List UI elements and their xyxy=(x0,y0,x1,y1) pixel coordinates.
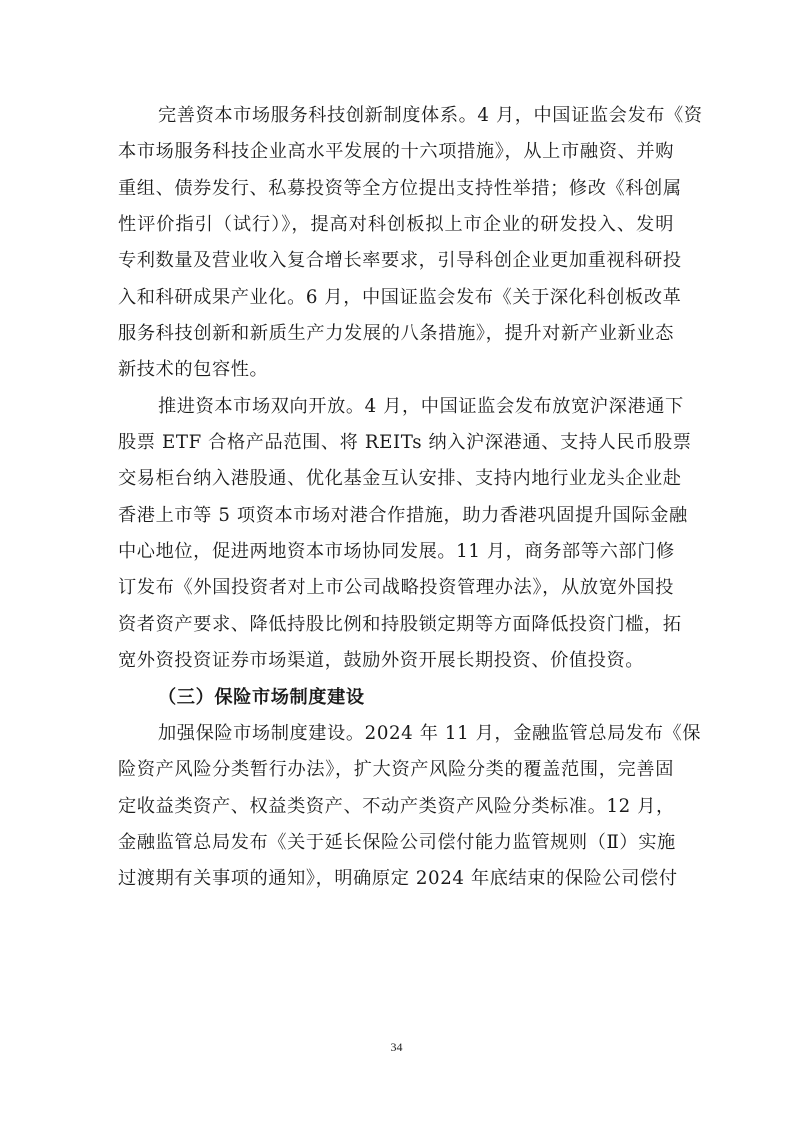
section-heading: （三）保险市场制度建设 xyxy=(118,680,674,716)
paragraph-line: 完善资本市场服务科技创新制度体系。4 月，中国证监会发布《资 xyxy=(118,98,674,134)
page-number: 34 xyxy=(0,1040,793,1055)
paragraph-line: 险资产风险分类暂行办法》，扩大资产风险分类的覆盖范围，完善固 xyxy=(118,752,674,788)
paragraph-line: 订发布《外国投资者对上市公司战略投资管理办法》，从放宽外国投 xyxy=(118,570,674,606)
paragraph-line: 加强保险市场制度建设。2024 年 11 月，金融监管总局发布《保 xyxy=(118,716,674,752)
paragraph-line: 新技术的包容性。 xyxy=(118,352,674,388)
paragraph-line: 宽外资投资证券市场渠道，鼓励外资开展长期投资、价值投资。 xyxy=(118,643,674,679)
paragraph-line: 交易柜台纳入港股通、优化基金互认安排、支持内地行业龙头企业赴 xyxy=(118,461,674,497)
paragraph-line: 过渡期有关事项的通知》，明确原定 2024 年底结束的保险公司偿付 xyxy=(118,861,674,897)
paragraph-line: 本市场服务科技企业高水平发展的十六项措施》，从上市融资、并购 xyxy=(118,134,674,170)
paragraph-line: 服务科技创新和新质生产力发展的八条措施》，提升对新产业新业态 xyxy=(118,316,674,352)
document-page: 完善资本市场服务科技创新制度体系。4 月，中国证监会发布《资 本市场服务科技企业… xyxy=(0,0,793,1121)
paragraph-line: 资者资产要求、降低持股比例和持股锁定期等方面降低投资门槛，拓 xyxy=(118,607,674,643)
paragraph-line: 定收益类资产、权益类资产、不动产类资产风险分类标准。12 月， xyxy=(118,789,674,825)
body-text: 完善资本市场服务科技创新制度体系。4 月，中国证监会发布《资 本市场服务科技企业… xyxy=(118,98,674,898)
paragraph-line: 股票 ETF 合格产品范围、将 REITs 纳入沪深港通、支持人民币股票 xyxy=(118,425,674,461)
paragraph-line: 重组、债券发行、私募投资等全方位提出支持性举措；修改《科创属 xyxy=(118,171,674,207)
paragraph-line: 香港上市等 5 项资本市场对港合作措施，助力香港巩固提升国际金融 xyxy=(118,498,674,534)
paragraph-line: 中心地位，促进两地资本市场协同发展。11 月，商务部等六部门修 xyxy=(118,534,674,570)
paragraph-line: 专利数量及营业收入复合增长率要求，引导科创企业更加重视科研投 xyxy=(118,243,674,279)
paragraph-line: 金融监管总局发布《关于延长保险公司偿付能力监管规则（Ⅱ）实施 xyxy=(118,825,674,861)
paragraph-line: 入和科研成果产业化。6 月，中国证监会发布《关于深化科创板改革 xyxy=(118,280,674,316)
paragraph-line: 推进资本市场双向开放。4 月，中国证监会发布放宽沪深港通下 xyxy=(118,389,674,425)
paragraph-line: 性评价指引（试行）》，提高对科创板拟上市企业的研发投入、发明 xyxy=(118,207,674,243)
